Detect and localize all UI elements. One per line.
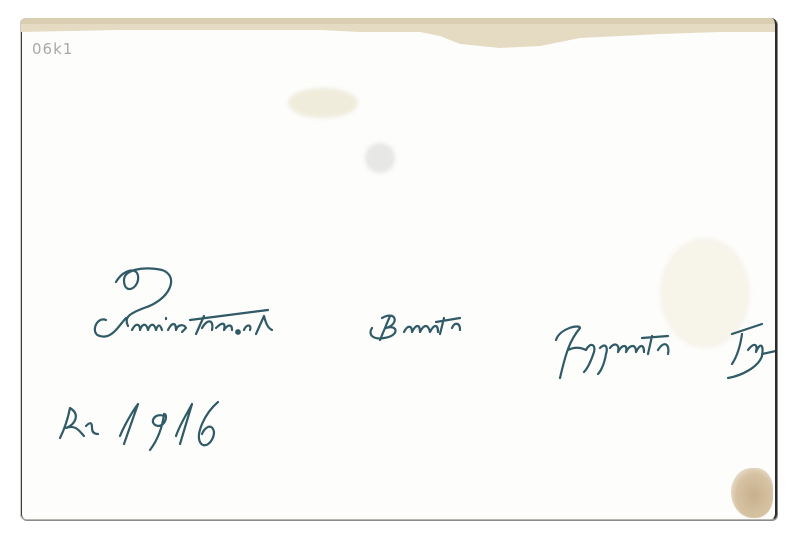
corner-stain — [731, 468, 773, 518]
handwritten-inscription — [20, 18, 777, 520]
card: 06k1 Pamiątka od Beaty Zygmu — [20, 18, 777, 520]
